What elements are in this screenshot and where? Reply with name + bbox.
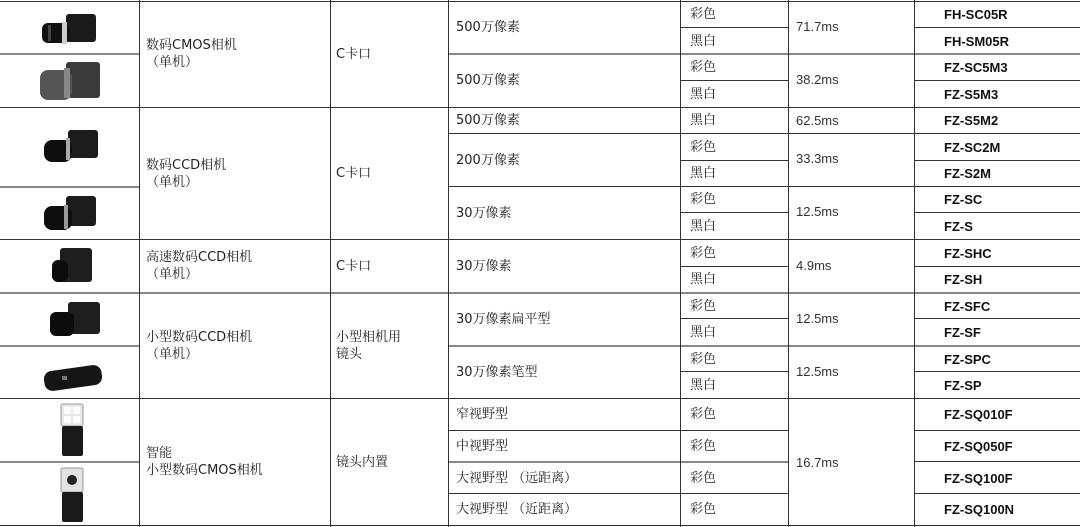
model-number: FZ-S5M2 — [944, 108, 1078, 133]
model-number: FZ-SQ100N — [944, 494, 1078, 525]
pixel-count: 30万像素扁平型 — [456, 294, 676, 345]
pixel-count: 30万像素 — [456, 240, 676, 292]
pixel-count: 500万像素 — [456, 54, 676, 107]
color-type: 彩色 — [690, 347, 786, 371]
model-number: FZ-SC2M — [944, 134, 1078, 160]
divider — [0, 525, 1080, 526]
capture-speed: 4.9ms — [796, 240, 912, 290]
pixel-count: 500万像素 — [456, 108, 676, 133]
pixel-count: 500万像素 — [456, 1, 676, 54]
camera-smart-image-1 — [58, 402, 86, 458]
model-number: FZ-SC5M3 — [944, 54, 1078, 80]
model-number: FZ-SQ050F — [944, 431, 1078, 461]
camera-ccd-image-2 — [42, 194, 102, 234]
model-number: FZ-S5M3 — [944, 81, 1078, 107]
divider — [0, 461, 139, 463]
color-type: 黑白 — [690, 161, 786, 186]
divider — [0, 345, 139, 347]
capture-speed: 12.5ms — [796, 294, 912, 342]
pixel-count: 窄视野型 — [456, 399, 676, 430]
lens-mount: 小型相机用 镜头 — [336, 294, 446, 398]
model-number: FZ-SQ100F — [944, 463, 1078, 493]
camera-cmos-image-1 — [38, 10, 104, 50]
model-number: FZ-SC — [944, 187, 1078, 212]
divider — [788, 0, 789, 527]
color-type: 黑白 — [690, 319, 786, 345]
capture-speed: 12.5ms — [796, 187, 912, 235]
divider — [914, 461, 1080, 462]
color-type: 黑白 — [690, 28, 786, 54]
camera-type: 智能 小型数码CMOS相机 — [146, 399, 326, 525]
model-number: FZ-S — [944, 213, 1078, 239]
camera-type: 数码CMOS相机 （单机） — [146, 1, 326, 107]
divider — [0, 186, 139, 188]
lens-mount: C卡口 — [336, 108, 446, 239]
model-number: FZ-S2M — [944, 161, 1078, 186]
model-number: FZ-SQ010F — [944, 399, 1078, 430]
color-type: 彩色 — [690, 54, 786, 80]
color-type: 黑白 — [690, 267, 786, 292]
color-type: 彩色 — [690, 187, 786, 212]
camera-highspeed-ccd-image — [50, 246, 94, 286]
divider — [448, 0, 449, 527]
camera-type: 数码CCD相机 （单机） — [146, 108, 326, 239]
pixel-count: 200万像素 — [456, 134, 676, 186]
capture-speed: 33.3ms — [796, 134, 912, 182]
color-type: 黑白 — [690, 81, 786, 107]
color-type: 黑白 — [690, 372, 786, 398]
color-type: 彩色 — [690, 494, 786, 525]
capture-speed: 62.5ms — [796, 108, 912, 133]
divider — [680, 0, 681, 527]
divider — [914, 0, 915, 527]
model-number: FZ-SPC — [944, 347, 1078, 371]
model-number: FZ-SH — [944, 267, 1078, 292]
model-number: FH-SC05R — [944, 1, 1078, 27]
capture-speed: 12.5ms — [796, 347, 912, 395]
camera-smart-image-2 — [58, 466, 86, 524]
camera-cmos-image-2 — [36, 60, 106, 104]
pixel-count: 大视野型 （远距离） — [456, 463, 676, 493]
pixel-count: 30万像素笔型 — [456, 347, 676, 398]
color-type: 彩色 — [690, 399, 786, 430]
pixel-count: 中视野型 — [456, 431, 676, 461]
pixel-count: 大视野型 （近距离） — [456, 494, 676, 525]
color-type: 黑白 — [690, 213, 786, 239]
camera-small-pen-image — [42, 358, 104, 392]
lens-mount: C卡口 — [336, 240, 446, 292]
color-type: 彩色 — [690, 463, 786, 493]
divider — [139, 0, 140, 527]
color-type: 彩色 — [690, 1, 786, 27]
divider — [0, 53, 139, 55]
camera-type: 高速数码CCD相机 （单机） — [146, 240, 326, 292]
color-type: 彩色 — [690, 240, 786, 266]
color-type: 彩色 — [690, 134, 786, 160]
camera-small-flat-image — [46, 300, 102, 340]
model-number: FZ-SFC — [944, 294, 1078, 318]
model-number: FZ-SHC — [944, 240, 1078, 266]
capture-speed: 38.2ms — [796, 54, 912, 104]
pixel-count: 30万像素 — [456, 187, 676, 239]
model-number: FH-SM05R — [944, 28, 1078, 54]
lens-mount: C卡口 — [336, 1, 446, 107]
model-number: FZ-SP — [944, 372, 1078, 398]
capture-speed: 71.7ms — [796, 1, 912, 51]
color-type: 彩色 — [690, 431, 786, 461]
lens-mount: 镜头内置 — [336, 399, 446, 525]
color-type: 黑白 — [690, 108, 786, 133]
divider — [330, 0, 331, 527]
model-number: FZ-SF — [944, 319, 1078, 345]
capture-speed: 16.7ms — [796, 399, 912, 525]
camera-type: 小型数码CCD相机 （单机） — [146, 294, 326, 398]
camera-ccd-image-1 — [42, 128, 102, 166]
color-type: 彩色 — [690, 294, 786, 318]
